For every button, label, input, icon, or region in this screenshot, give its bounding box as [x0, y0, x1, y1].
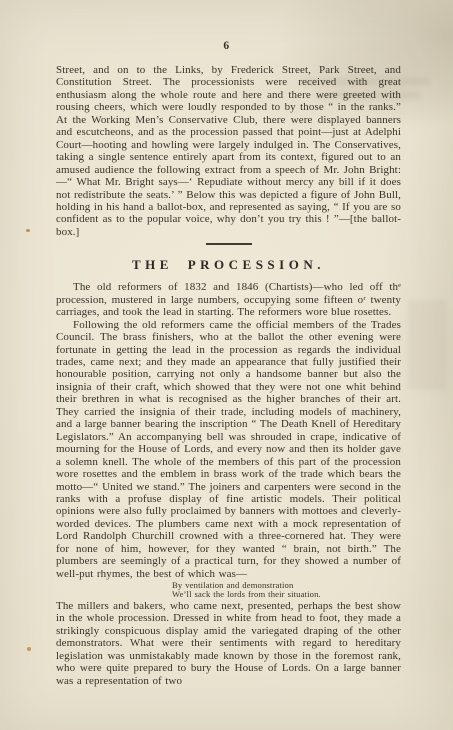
body-paragraph-3: Following the old reformers came the off…	[56, 319, 401, 581]
section-heading-group: THE PROCESSION.	[56, 238, 401, 281]
bleed-through-smudge	[408, 300, 446, 390]
verse-couplet: By ventilation and demonstration We’ll s…	[172, 581, 401, 599]
body-paragraph-1: Street, and on to the Links, by Frederic…	[56, 64, 401, 238]
body-paragraph-2: The old reformers of 1832 and 1846 (Char…	[56, 281, 401, 318]
body-paragraph-4: The millers and bakers, who came next, p…	[56, 600, 401, 687]
paper-speck	[26, 229, 30, 232]
section-heading: THE PROCESSION.	[56, 259, 401, 271]
text-block: Street, and on to the Links, by Frederic…	[56, 64, 401, 687]
verse-line-2: We’ll sack the lords from their situatio…	[172, 590, 401, 599]
paper-speck	[27, 647, 31, 651]
section-divider-rule	[206, 243, 252, 245]
page-number: 6	[0, 40, 453, 52]
scanned-book-page: 6 Street, and on to the Links, by Freder…	[0, 0, 453, 730]
